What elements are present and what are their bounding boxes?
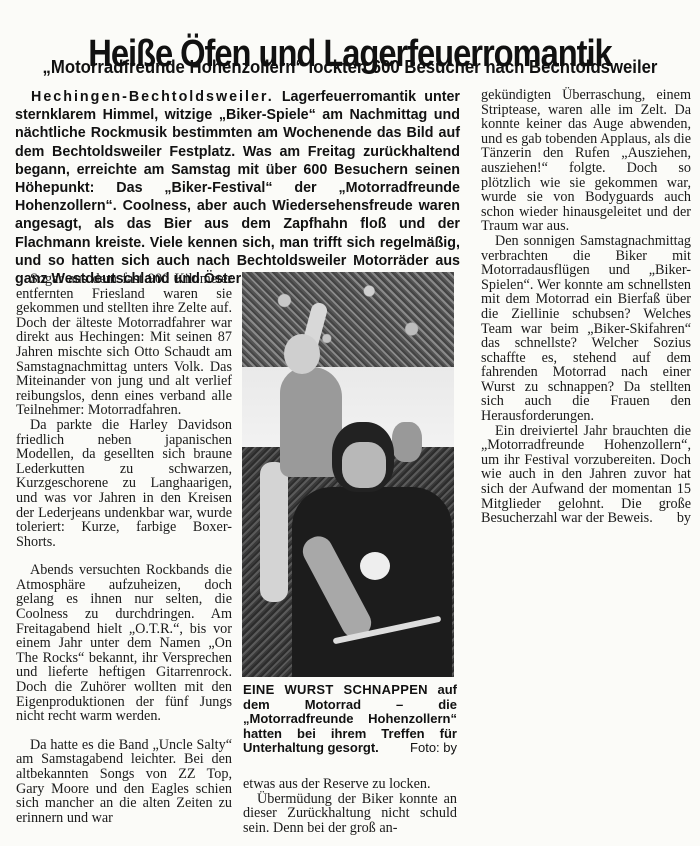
photo-woman-leg <box>260 462 288 602</box>
paragraph: gekündigten Überraschung, einem Striptea… <box>481 88 691 234</box>
photo-woman-head <box>284 334 320 374</box>
paragraph: Ein dreiviertel Jahr brauchten die „Moto… <box>481 424 691 526</box>
caption-caps: EINE WURST SCHNAPPEN <box>243 682 428 697</box>
paragraph-text: Ein dreiviertel Jahr brauchten die „Moto… <box>481 423 691 527</box>
paragraph: Da hatte es die Band „Uncle Salty“ am Sa… <box>16 738 232 826</box>
middle-column: etwas aus der Reserve zu locken. Übermüd… <box>243 777 457 835</box>
paragraph: Den sonnigen Samstagnachmittag verbracht… <box>481 234 691 424</box>
photo-credit: Foto: by <box>410 741 457 756</box>
right-column: gekündigten Überraschung, einem Striptea… <box>481 88 691 526</box>
photo-biker-face <box>342 442 386 488</box>
dateline: Hechingen-Bechtoldsweiler. <box>31 89 274 105</box>
left-column: Sogar aus dem fast 900 Kilometer entfern… <box>16 272 232 825</box>
paragraph: etwas aus der Reserve zu locken. <box>243 777 457 792</box>
lead-paragraph: Hechingen-Bechtoldsweiler. Lagerfeuerrom… <box>15 88 460 288</box>
photo-caption: EINE WURST SCHNAPPEN auf dem Motorrad – … <box>243 683 457 756</box>
subheadline: „Motorradfreunde Hohenzollern“ lockten 6… <box>25 56 676 78</box>
photo-bystander <box>392 422 422 462</box>
lead-text: Lagerfeuerromantik unter sternklarem Him… <box>15 89 460 287</box>
photo-trees-background <box>242 272 454 367</box>
photo-biker-body <box>292 487 452 677</box>
paragraph: Sogar aus dem fast 900 Kilometer entfern… <box>16 272 232 418</box>
paragraph: Übermüdung der Biker konnte an dieser Zu… <box>243 792 457 836</box>
article-photo <box>242 272 454 677</box>
author-byline: by <box>663 511 691 526</box>
paragraph: Abends versuchten Rockbands die Atmosphä… <box>16 563 232 724</box>
paragraph: Da parkte die Harley Davidson friedlich … <box>16 418 232 549</box>
photo-motorcycle-mirror <box>360 552 390 580</box>
